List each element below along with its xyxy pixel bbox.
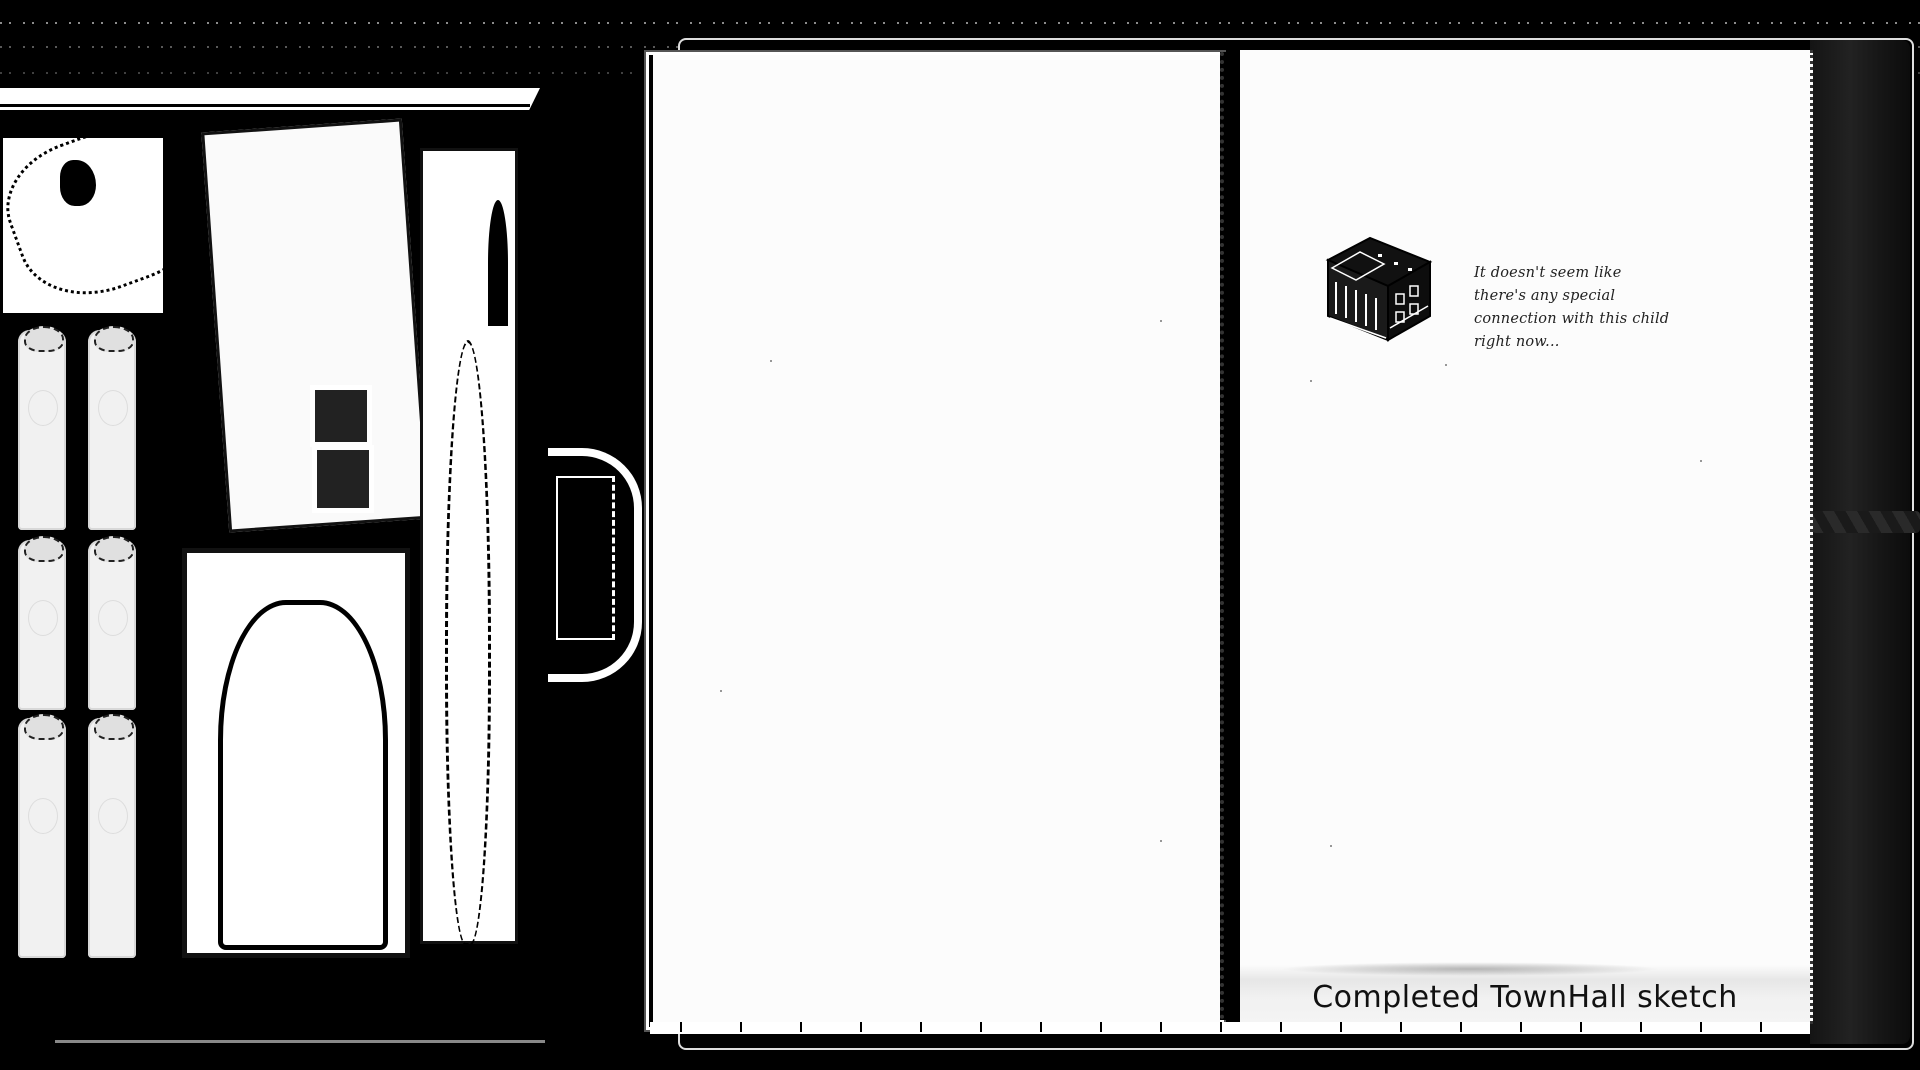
book-strap-icon[interactable]: [1812, 511, 1920, 533]
paper-speck: [1160, 840, 1162, 842]
paper-speck: [1700, 460, 1702, 462]
hint-line: It doesn't seem like: [1474, 262, 1694, 285]
sketchbook-right-page: [1240, 50, 1813, 1024]
drawer-handle-plate: [556, 476, 615, 640]
jar-icon[interactable]: [88, 330, 136, 530]
flower-bud-icon: [60, 160, 96, 206]
ink-smudge: [1280, 962, 1660, 976]
page-stack-edge: [650, 1022, 1810, 1034]
hint-line: connection with this child: [1474, 308, 1694, 331]
drawer-base-line: [55, 1040, 545, 1043]
sketchbook-left-page: [646, 52, 1224, 1030]
jar-icon[interactable]: [18, 718, 66, 958]
spoon-icon[interactable]: [445, 340, 491, 946]
paper-speck: [1445, 364, 1447, 366]
stamp-icon[interactable]: [312, 445, 374, 513]
paper-speck: [1160, 320, 1162, 322]
sketchbook-cover-edge: [1810, 40, 1910, 1044]
sketch-hint-text: It doesn't seem like there's any special…: [1474, 262, 1694, 354]
paper-speck: [1330, 845, 1332, 847]
completion-banner-label: Completed TownHall sketch: [1240, 980, 1810, 1015]
scanline-texture: [0, 22, 1920, 24]
jar-icon[interactable]: [18, 540, 66, 710]
portrait-figure-icon: [218, 600, 388, 950]
jar-icon[interactable]: [88, 718, 136, 958]
hint-line: there's any special: [1474, 285, 1694, 308]
knife-icon[interactable]: [488, 200, 508, 326]
hint-line: right now...: [1474, 331, 1694, 354]
jar-icon[interactable]: [88, 540, 136, 710]
stamp-icon[interactable]: [310, 385, 372, 447]
paper-speck: [1310, 380, 1312, 382]
paper-speck: [720, 690, 722, 692]
townhall-icon[interactable]: [1318, 232, 1438, 344]
paper-speck: [770, 360, 772, 362]
jar-icon[interactable]: [18, 330, 66, 530]
drawer-rim-line: [0, 104, 530, 107]
